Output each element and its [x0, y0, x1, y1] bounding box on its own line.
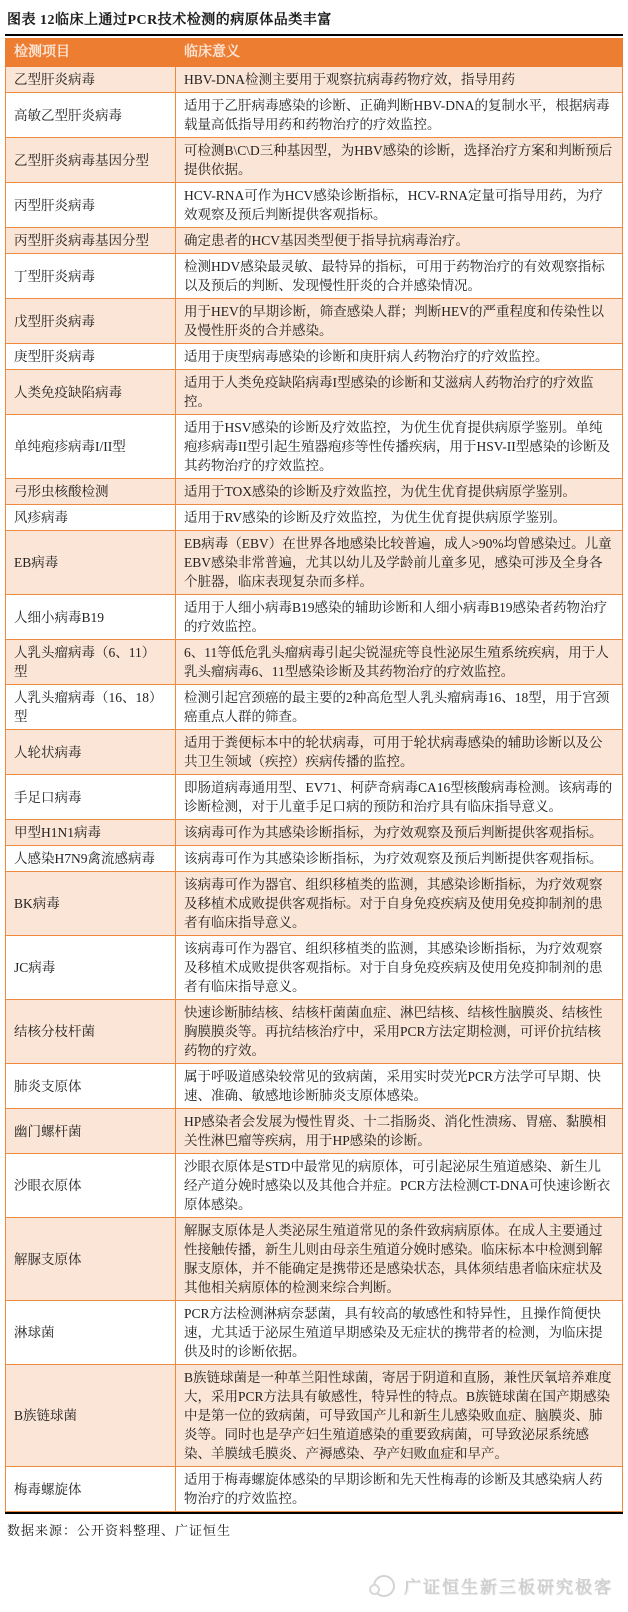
- pathogen-name-cell: 乙型肝炎病毒基因分型: [6, 138, 176, 183]
- clinical-significance-cell: 该病毒可作为器官、组织移植类的监测，其感染诊断指标，为疗效观察及移植术成败提供客…: [176, 872, 623, 936]
- pathogen-name-cell: JC病毒: [6, 936, 176, 1000]
- pathogen-name-cell: 弓形虫核酸检测: [6, 479, 176, 505]
- clinical-significance-cell: 解脲支原体是人类泌尿生殖道常见的条件致病病原体。在成人主要通过性接触传播，新生儿…: [176, 1218, 623, 1301]
- clinical-significance-cell: PCR方法检测淋病奈瑟菌，具有较高的敏感性和特异性，且操作简便快速，尤其适于泌尿…: [176, 1301, 623, 1365]
- table-row: 人细小病毒B19 适用于人细小病毒B19感染的辅助诊断和人细小病毒B19感染者药…: [6, 595, 623, 640]
- clinical-significance-cell: 用于HEV的早期诊断，筛查感染人群；判断HEV的严重程度和传染性以及慢性肝炎的合…: [176, 299, 623, 344]
- clinical-significance-cell: 适用于人类免疫缺陷病毒I型感染的诊断和艾滋病人药物治疗的疗效监控。: [176, 370, 623, 415]
- clinical-significance-cell: 适用于RV感染的诊断及疗效监控，为优生优育提供病原学鉴别。: [176, 505, 623, 531]
- pathogen-name-cell: 结核分枝杆菌: [6, 1000, 176, 1064]
- data-source-note: 数据来源：公开资料整理、广证恒生: [5, 1512, 623, 1543]
- pathogen-name-cell: BK病毒: [6, 872, 176, 936]
- table-row: 风疹病毒 适用于RV感染的诊断及疗效监控，为优生优育提供病原学鉴别。: [6, 505, 623, 531]
- table-row: 庚型肝炎病毒 适用于庚型病毒感染的诊断和庚肝病人药物治疗的疗效监控。: [6, 344, 623, 370]
- table-row: 人感染H7N9禽流感病毒 该病毒可作为其感染诊断指标，为疗效观察及预后判断提供客…: [6, 846, 623, 872]
- clinical-significance-cell: 确定患者的HCV基因类型便于指导抗病毒治疗。: [176, 228, 623, 254]
- pathogen-name-cell: 人类免疫缺陷病毒: [6, 370, 176, 415]
- watermark-text: 广证恒生新三板研究极客: [404, 1573, 613, 1598]
- pathogen-name-cell: 人乳头瘤病毒（6、11）型: [6, 640, 176, 685]
- pathogen-name-cell: 人细小病毒B19: [6, 595, 176, 640]
- table-row: 梅毒螺旋体 适用于梅毒螺旋体感染的早期诊断和先天性梅毒的诊断及其感染病人药物治疗…: [6, 1467, 623, 1512]
- table-row: 丁型肝炎病毒 检测HDV感染最灵敏、最特异的指标，可用于药物治疗的有效观察指标以…: [6, 254, 623, 299]
- column-header-clinical-significance: 临床意义: [176, 39, 623, 67]
- pathogen-name-cell: 手足口病毒: [6, 775, 176, 820]
- pathogen-name-cell: 沙眼衣原体: [6, 1154, 176, 1218]
- pathogen-name-cell: 庚型肝炎病毒: [6, 344, 176, 370]
- clinical-significance-cell: 该病毒可作为其感染诊断指标，为疗效观察及预后判断提供客观指标。: [176, 820, 623, 846]
- table-row: 人轮状病毒 适用于粪便标本中的轮状病毒，可用于轮状病毒感染的辅助诊断以及公共卫生…: [6, 730, 623, 775]
- clinical-significance-cell: HCV-RNA可作为HCV感染诊断指标，HCV-RNA定量可指导用药，为疗效观察…: [176, 183, 623, 228]
- pathogen-name-cell: 戊型肝炎病毒: [6, 299, 176, 344]
- pathogen-name-cell: 淋球菌: [6, 1301, 176, 1365]
- pathogen-name-cell: 风疹病毒: [6, 505, 176, 531]
- table-row: 乙型肝炎病毒基因分型 可检测B\C\D三种基因型，为HBV感染的诊断，选择治疗方…: [6, 138, 623, 183]
- table-row: 幽门螺杆菌 HP感染者会发展为慢性胃炎、十二指肠炎、消化性溃疡、胃癌、黏膜相关性…: [6, 1109, 623, 1154]
- table-row: 单纯疱疹病毒I/II型 适用于HSV感染的诊断及疗效监控，为优生优育提供病原学鉴…: [6, 415, 623, 479]
- table-row: 人类免疫缺陷病毒 适用于人类免疫缺陷病毒I型感染的诊断和艾滋病人药物治疗的疗效监…: [6, 370, 623, 415]
- table-body: 乙型肝炎病毒 HBV-DNA检测主要用于观察抗病毒药物疗效，指导用药 高敏乙型肝…: [6, 67, 623, 1512]
- pathogen-name-cell: 单纯疱疹病毒I/II型: [6, 415, 176, 479]
- table-row: 沙眼衣原体 沙眼衣原体是STD中最常见的病原体，可引起泌尿生殖道感染、新生儿经产…: [6, 1154, 623, 1218]
- pathogen-name-cell: 甲型H1N1病毒: [6, 820, 176, 846]
- table-row: 丙型肝炎病毒基因分型 确定患者的HCV基因类型便于指导抗病毒治疗。: [6, 228, 623, 254]
- table-row: 手足口病毒 即肠道病毒通用型、EV71、柯萨奇病毒CA16型核酸病毒检测。该病毒…: [6, 775, 623, 820]
- clinical-significance-cell: 检测HDV感染最灵敏、最特异的指标，可用于药物治疗的有效观察指标以及预后的判断、…: [176, 254, 623, 299]
- column-header-detection-item: 检测项目: [6, 39, 176, 67]
- clinical-significance-cell: 适用于TOX感染的诊断及疗效监控，为优生优育提供病原学鉴别。: [176, 479, 623, 505]
- pathogen-name-cell: 乙型肝炎病毒: [6, 67, 176, 93]
- pathogen-name-cell: 人轮状病毒: [6, 730, 176, 775]
- clinical-significance-cell: 即肠道病毒通用型、EV71、柯萨奇病毒CA16型核酸病毒检测。该病毒的诊断检测，…: [176, 775, 623, 820]
- clinical-significance-cell: 沙眼衣原体是STD中最常见的病原体，可引起泌尿生殖道感染、新生儿经产道分娩时感染…: [176, 1154, 623, 1218]
- clinical-significance-cell: 6、11等低危乳头瘤病毒引起尖锐湿疣等良性泌尿生殖系统疾病，用于人乳头瘤病毒6、…: [176, 640, 623, 685]
- watermark: 广证恒生新三板研究极客: [5, 1573, 613, 1598]
- clinical-significance-cell: 属于呼吸道感染较常见的致病菌，采用实时荧光PCR方法学可早期、快速、准确、敏感地…: [176, 1064, 623, 1109]
- table-row: 高敏乙型肝炎病毒 适用于乙肝病毒感染的诊断、正确判断HBV-DNA的复制水平，根…: [6, 93, 623, 138]
- table-row: EB病毒 EB病毒（EBV）在世界各地感染比较普遍，成人>90%均曾感染过。儿童…: [6, 531, 623, 595]
- pathogen-name-cell: B族链球菌: [6, 1365, 176, 1467]
- clinical-significance-cell: 适用于乙肝病毒感染的诊断、正确判断HBV-DNA的复制水平，根据病毒载量高低指导…: [176, 93, 623, 138]
- table-header-row: 检测项目 临床意义: [6, 39, 623, 67]
- clinical-significance-cell: 快速诊断肺结核、结核杆菌菌血症、淋巴结核、结核性脑膜炎、结核性胸膜膜炎等。再抗结…: [176, 1000, 623, 1064]
- table-row: 解脲支原体 解脲支原体是人类泌尿生殖道常见的条件致病病原体。在成人主要通过性接触…: [6, 1218, 623, 1301]
- pathogen-name-cell: 解脲支原体: [6, 1218, 176, 1301]
- clinical-significance-cell: 适用于梅毒螺旋体感染的早期诊断和先天性梅毒的诊断及其感染病人药物治疗的疗效监控。: [176, 1467, 623, 1512]
- table-row: B族链球菌 B族链球菌是一种革兰阳性球菌，寄居于阴道和直肠，兼性厌氧培养难度大，…: [6, 1365, 623, 1467]
- table-row: 戊型肝炎病毒 用于HEV的早期诊断，筛查感染人群；判断HEV的严重程度和传染性以…: [6, 299, 623, 344]
- table-row: 肺炎支原体 属于呼吸道感染较常见的致病菌，采用实时荧光PCR方法学可早期、快速、…: [6, 1064, 623, 1109]
- clinical-significance-cell: 适用于人细小病毒B19感染的辅助诊断和人细小病毒B19感染者药物治疗的疗效监控。: [176, 595, 623, 640]
- clinical-significance-cell: HP感染者会发展为慢性胃炎、十二指肠炎、消化性溃疡、胃癌、黏膜相关性淋巴瘤等疾病…: [176, 1109, 623, 1154]
- pathogen-name-cell: 高敏乙型肝炎病毒: [6, 93, 176, 138]
- figure-container: 图表 12临床上通过PCR技术检测的病原体品类丰富 检测项目 临床意义 乙型肝炎…: [0, 0, 628, 1598]
- table-row: 淋球菌 PCR方法检测淋病奈瑟菌，具有较高的敏感性和特异性，且操作简便快速，尤其…: [6, 1301, 623, 1365]
- clinical-significance-cell: 该病毒可作为器官、组织移植类的监测，其感染诊断指标，为疗效观察及移植术成败提供客…: [176, 936, 623, 1000]
- table-row: 丙型肝炎病毒 HCV-RNA可作为HCV感染诊断指标，HCV-RNA定量可指导用…: [6, 183, 623, 228]
- table-row: BK病毒 该病毒可作为器官、组织移植类的监测，其感染诊断指标，为疗效观察及移植术…: [6, 872, 623, 936]
- clinical-significance-cell: 检测引起宫颈癌的最主要的2种高危型人乳头瘤病毒16、18型，用于宫颈癌重点人群的…: [176, 685, 623, 730]
- pathogen-name-cell: 人乳头瘤病毒（16、18）型: [6, 685, 176, 730]
- pathogen-name-cell: EB病毒: [6, 531, 176, 595]
- pathogen-name-cell: 梅毒螺旋体: [6, 1467, 176, 1512]
- figure-title: 图表 12临床上通过PCR技术检测的病原体品类丰富: [5, 5, 623, 36]
- clinical-significance-cell: EB病毒（EBV）在世界各地感染比较普遍，成人>90%均曾感染过。儿童EBV感染…: [176, 531, 623, 595]
- pcr-pathogen-table: 检测项目 临床意义 乙型肝炎病毒 HBV-DNA检测主要用于观察抗病毒药物疗效，…: [5, 38, 623, 1512]
- table-row: 结核分枝杆菌 快速诊断肺结核、结核杆菌菌血症、淋巴结核、结核性脑膜炎、结核性胸膜…: [6, 1000, 623, 1064]
- table-row: 甲型H1N1病毒 该病毒可作为其感染诊断指标，为疗效观察及预后判断提供客观指标。: [6, 820, 623, 846]
- clinical-significance-cell: 可检测B\C\D三种基因型，为HBV感染的诊断，选择治疗方案和判断预后提供依据。: [176, 138, 623, 183]
- pathogen-name-cell: 丙型肝炎病毒基因分型: [6, 228, 176, 254]
- table-row: 人乳头瘤病毒（16、18）型 检测引起宫颈癌的最主要的2种高危型人乳头瘤病毒16…: [6, 685, 623, 730]
- clinical-significance-cell: 该病毒可作为其感染诊断指标，为疗效观察及预后判断提供客观指标。: [176, 846, 623, 872]
- pathogen-name-cell: 肺炎支原体: [6, 1064, 176, 1109]
- clinical-significance-cell: B族链球菌是一种革兰阳性球菌，寄居于阴道和直肠，兼性厌氧培养难度大，采用PCR方…: [176, 1365, 623, 1467]
- brand-logo-icon: [373, 1575, 395, 1597]
- table-row: 乙型肝炎病毒 HBV-DNA检测主要用于观察抗病毒药物疗效，指导用药: [6, 67, 623, 93]
- table-row: JC病毒 该病毒可作为器官、组织移植类的监测，其感染诊断指标，为疗效观察及移植术…: [6, 936, 623, 1000]
- table-row: 弓形虫核酸检测 适用于TOX感染的诊断及疗效监控，为优生优育提供病原学鉴别。: [6, 479, 623, 505]
- clinical-significance-cell: 适用于庚型病毒感染的诊断和庚肝病人药物治疗的疗效监控。: [176, 344, 623, 370]
- pathogen-name-cell: 丙型肝炎病毒: [6, 183, 176, 228]
- clinical-significance-cell: 适用于粪便标本中的轮状病毒，可用于轮状病毒感染的辅助诊断以及公共卫生领域（疾控）…: [176, 730, 623, 775]
- pathogen-name-cell: 丁型肝炎病毒: [6, 254, 176, 299]
- pathogen-name-cell: 幽门螺杆菌: [6, 1109, 176, 1154]
- clinical-significance-cell: 适用于HSV感染的诊断及疗效监控，为优生优育提供病原学鉴别。单纯疱疹病毒II型引…: [176, 415, 623, 479]
- table-row: 人乳头瘤病毒（6、11）型 6、11等低危乳头瘤病毒引起尖锐湿疣等良性泌尿生殖系…: [6, 640, 623, 685]
- pathogen-name-cell: 人感染H7N9禽流感病毒: [6, 846, 176, 872]
- clinical-significance-cell: HBV-DNA检测主要用于观察抗病毒药物疗效，指导用药: [176, 67, 623, 93]
